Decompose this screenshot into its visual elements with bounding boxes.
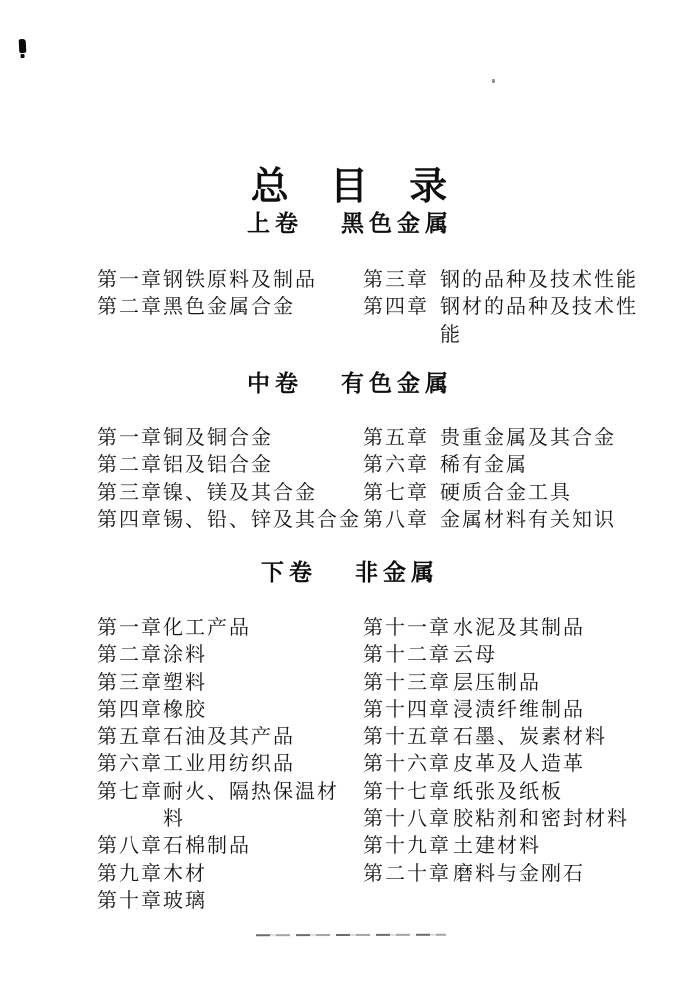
chapter-title: 胶粘剂和密封材料 — [453, 805, 629, 832]
toc-row: 第九章木材 — [97, 860, 363, 887]
chapter-number: 第二章 — [97, 451, 163, 478]
section-heading-lower-volume: 下卷 非金属 — [0, 560, 700, 586]
toc-row: 第十八章胶粘剂和密封材料 — [363, 805, 643, 832]
chapter-title: 耐火、隔热保温材料 — [163, 778, 353, 833]
toc-row: 第八章石棉制品 — [97, 832, 363, 859]
ink-blot-artifact — [19, 39, 27, 53]
toc-row: 第二章铝及铝合金 — [97, 451, 363, 478]
toc-row: 第三章钢的品种及技术性能 — [363, 266, 643, 293]
volume-subject: 有色金属 — [341, 371, 453, 397]
chapter-number: 第二十章 — [363, 860, 453, 887]
toc-row: 第一章铜及铜合金 — [97, 424, 363, 451]
volume-subject: 黑色金属 — [341, 211, 453, 237]
toc-row: 第十三章层压制品 — [363, 669, 643, 696]
section-heading-middle-volume: 中卷 有色金属 — [0, 371, 700, 397]
toc-row: 第十一章水泥及其制品 — [363, 614, 643, 641]
chapter-title: 玻璃 — [163, 887, 207, 914]
toc-row: 第四章橡胶 — [97, 696, 363, 723]
chapter-number: 第三章 — [97, 669, 163, 696]
chapter-number: 第九章 — [97, 860, 163, 887]
chapter-number: 第十一章 — [363, 614, 453, 641]
chapter-list-upper-volume: 第一章钢铁原料及制品第二章黑色金属合金 第三章钢的品种及技术性能第四章钢材的品种… — [97, 266, 643, 348]
chapter-number: 第十五章 — [363, 723, 453, 750]
volume-label: 上卷 — [247, 211, 303, 237]
chapter-number: 第二章 — [97, 641, 163, 668]
chapter-title: 橡胶 — [163, 696, 207, 723]
chapter-title: 水泥及其制品 — [453, 614, 585, 641]
chapter-number: 第十四章 — [363, 696, 453, 723]
chapter-title: 贵重金属及其合金 — [440, 424, 616, 451]
chapter-number: 第四章 — [97, 696, 163, 723]
chapter-title: 钢材的品种及技术性能 — [440, 293, 640, 348]
toc-row: 第六章稀有金属 — [363, 451, 643, 478]
chapter-title: 石油及其产品 — [163, 723, 295, 750]
chapter-title: 硬质合金工具 — [440, 479, 572, 506]
chapter-title: 纸张及纸板 — [453, 778, 563, 805]
chapter-number: 第八章 — [97, 832, 163, 859]
chapter-number: 第八章 — [363, 506, 440, 533]
chapter-number: 第十八章 — [363, 805, 453, 832]
chapter-title: 涂料 — [163, 641, 207, 668]
toc-row: 第三章塑料 — [97, 669, 363, 696]
chapter-title: 钢铁原料及制品 — [163, 266, 317, 293]
toc-row: 第二章黑色金属合金 — [97, 293, 363, 320]
chapter-number: 第四章 — [363, 293, 440, 320]
toc-row: 第十四章浸渍纤维制品 — [363, 696, 643, 723]
chapter-title: 土建材料 — [453, 832, 541, 859]
toc-row: 第十章玻璃 — [97, 887, 363, 914]
chapter-title: 磨料与金刚石 — [453, 860, 585, 887]
toc-row: 第六章工业用纺织品 — [97, 750, 363, 777]
toc-row: 第一章钢铁原料及制品 — [97, 266, 363, 293]
scanned-toc-page: 总 目 录 上卷 黑色金属 第一章钢铁原料及制品第二章黑色金属合金 第三章钢的品… — [0, 0, 700, 991]
toc-row: 第五章石油及其产品 — [97, 723, 363, 750]
chapter-title: 浸渍纤维制品 — [453, 696, 585, 723]
chapter-title: 层压制品 — [453, 669, 541, 696]
toc-row: 第四章锡、铅、锌及其合金 — [97, 506, 363, 533]
toc-row: 第一章化工产品 — [97, 614, 363, 641]
chapter-number: 第四章 — [97, 506, 163, 533]
chapter-number: 第三章 — [363, 266, 440, 293]
toc-row: 第四章钢材的品种及技术性能 — [363, 293, 643, 348]
chapter-title: 化工产品 — [163, 614, 251, 641]
toc-row: 第三章镍、镁及其合金 — [97, 479, 363, 506]
chapter-number: 第一章 — [97, 424, 163, 451]
toc-row: 第十七章纸张及纸板 — [363, 778, 643, 805]
chapter-column-left: 第一章铜及铜合金第二章铝及铝合金第三章镍、镁及其合金第四章锡、铅、锌及其合金 — [97, 424, 363, 533]
chapter-number: 第十六章 — [363, 750, 453, 777]
volume-label: 下卷 — [261, 560, 317, 586]
chapter-title: 石墨、炭素材料 — [453, 723, 607, 750]
chapter-title: 铜及铜合金 — [163, 424, 273, 451]
chapter-title: 锡、铅、锌及其合金 — [163, 506, 361, 533]
chapter-number: 第十七章 — [363, 778, 453, 805]
chapter-title: 稀有金属 — [440, 451, 528, 478]
chapter-title: 木材 — [163, 860, 207, 887]
chapter-number: 第十章 — [97, 887, 163, 914]
chapter-number: 第五章 — [363, 424, 440, 451]
toc-row: 第十六章皮革及人造革 — [363, 750, 643, 777]
chapter-column-right: 第十一章水泥及其制品第十二章云母第十三章层压制品第十四章浸渍纤维制品第十五章石墨… — [363, 614, 643, 887]
chapter-number: 第七章 — [363, 479, 440, 506]
chapter-number: 第五章 — [97, 723, 163, 750]
chapter-title: 皮革及人造革 — [453, 750, 585, 777]
chapter-column-right: 第五章贵重金属及其合金第六章稀有金属第七章硬质合金工具第八章金属材料有关知识 — [363, 424, 643, 533]
chapter-number: 第六章 — [363, 451, 440, 478]
chapter-title: 工业用纺织品 — [163, 750, 295, 777]
toc-row: 第七章硬质合金工具 — [363, 479, 643, 506]
chapter-list-middle-volume: 第一章铜及铜合金第二章铝及铝合金第三章镍、镁及其合金第四章锡、铅、锌及其合金 第… — [97, 424, 643, 533]
chapter-list-lower-volume: 第一章化工产品第二章涂料第三章塑料第四章橡胶第五章石油及其产品第六章工业用纺织品… — [97, 614, 643, 914]
chapter-title: 钢的品种及技术性能 — [440, 266, 638, 293]
scan-line-artifact — [256, 934, 446, 936]
toc-row: 第二章涂料 — [97, 641, 363, 668]
chapter-number: 第一章 — [97, 614, 163, 641]
toc-row: 第十五章石墨、炭素材料 — [363, 723, 643, 750]
toc-row: 第五章贵重金属及其合金 — [363, 424, 643, 451]
toc-row: 第二十章磨料与金刚石 — [363, 860, 643, 887]
chapter-number: 第十三章 — [363, 669, 453, 696]
volume-label: 中卷 — [247, 371, 303, 397]
chapter-title: 金属材料有关知识 — [440, 506, 616, 533]
chapter-column-left: 第一章化工产品第二章涂料第三章塑料第四章橡胶第五章石油及其产品第六章工业用纺织品… — [97, 614, 363, 914]
chapter-column-right: 第三章钢的品种及技术性能第四章钢材的品种及技术性能 — [363, 266, 643, 348]
chapter-number: 第一章 — [97, 266, 163, 293]
page-title: 总 目 录 — [0, 165, 700, 207]
section-heading-upper-volume: 上卷 黑色金属 — [0, 211, 700, 237]
toc-row: 第八章金属材料有关知识 — [363, 506, 643, 533]
chapter-number: 第三章 — [97, 479, 163, 506]
chapter-title: 镍、镁及其合金 — [163, 479, 317, 506]
toc-row: 第十九章土建材料 — [363, 832, 643, 859]
noise-speck-artifact — [492, 79, 495, 83]
chapter-number: 第十九章 — [363, 832, 453, 859]
chapter-number: 第七章 — [97, 778, 163, 805]
chapter-column-left: 第一章钢铁原料及制品第二章黑色金属合金 — [97, 266, 363, 321]
toc-row: 第七章耐火、隔热保温材料 — [97, 778, 363, 833]
chapter-number: 第二章 — [97, 293, 163, 320]
chapter-title: 黑色金属合金 — [163, 293, 295, 320]
toc-row: 第十二章云母 — [363, 641, 643, 668]
chapter-number: 第六章 — [97, 750, 163, 777]
chapter-number: 第十二章 — [363, 641, 453, 668]
chapter-title: 铝及铝合金 — [163, 451, 273, 478]
volume-subject: 非金属 — [355, 560, 439, 586]
chapter-title: 云母 — [453, 641, 497, 668]
chapter-title: 塑料 — [163, 669, 207, 696]
chapter-title: 石棉制品 — [163, 832, 251, 859]
